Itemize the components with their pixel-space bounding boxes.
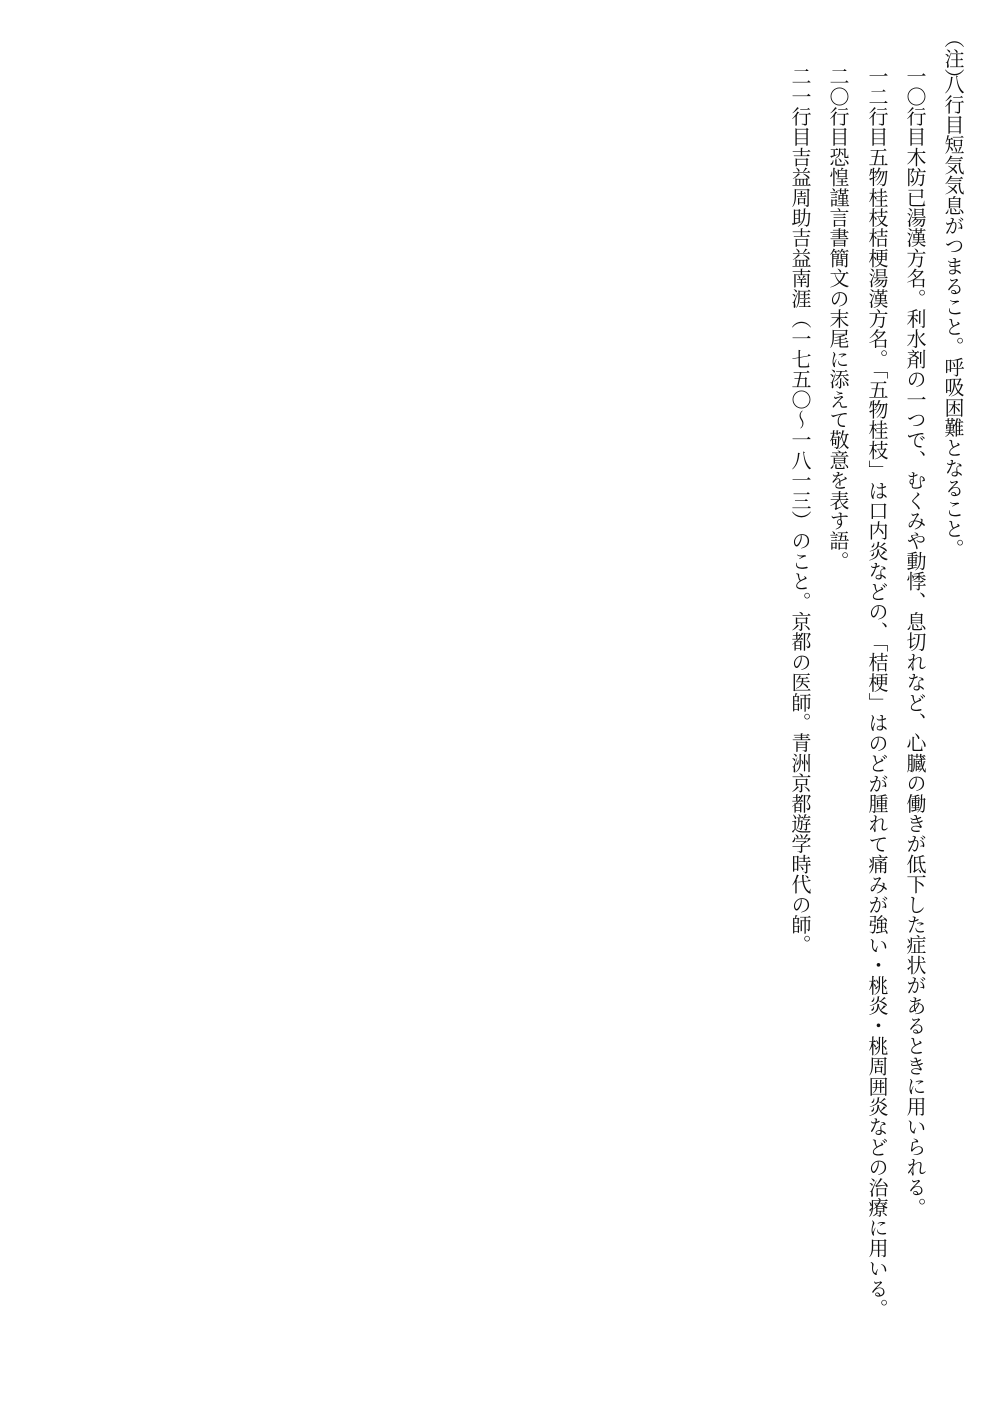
note-explanation: 気息がつまること。呼吸困難となること。 (941, 175, 965, 559)
note-explanation: 吉益南涯（一七五〇〜一八一三）のこと。京都の医師。青洲京都遊学時代の師。 (788, 228, 812, 955)
note-item: 一二行目五物桂枝桔梗湯漢方名。「五物桂枝」は口内炎などの、「桔梗」はのどが腫れて… (865, 66, 889, 1319)
note-item: 二〇行目恐惶謹言書簡文の末尾に添えて敬意を表す語。 (826, 66, 850, 571)
note-line-ref: 二一行目 (788, 66, 812, 147)
note-line-ref: 一二行目 (865, 66, 889, 147)
note-term: 五物桂枝桔梗湯 (865, 147, 889, 288)
note-line-ref: 八行目 (941, 74, 965, 135)
note-explanation: 書簡文の末尾に添えて敬意を表す語。 (826, 228, 850, 571)
annotation-notes: （注） 八行目短気気息がつまること。呼吸困難となること。 一〇行目木防已湯漢方名… (0, 0, 1000, 1412)
note-explanation: 漢方名。「五物桂枝」は口内炎などの、「桔梗」はのどが腫れて痛みが強い・桃炎・桃周… (865, 288, 889, 1318)
note-item: 八行目短気気息がつまること。呼吸困難となること。 (941, 74, 965, 559)
note-line-ref: 二〇行目 (826, 66, 850, 147)
note-term: 恐惶謹言 (826, 147, 850, 228)
note-item: 一〇行目木防已湯漢方名。利水剤の一つで、むくみや動悸、息切れなど、心臓の働きが低… (903, 66, 927, 1217)
note-term: 木防已湯 (903, 147, 927, 228)
note-line-ref: 一〇行目 (903, 66, 927, 147)
note-explanation: 漢方名。利水剤の一つで、むくみや動悸、息切れなど、心臓の働きが低下した症状がある… (903, 228, 927, 1218)
note-term: 短気 (941, 135, 965, 175)
note-item: 二一行目吉益周助吉益南涯（一七五〇〜一八一三）のこと。京都の医師。青洲京都遊学時… (788, 66, 812, 955)
note-term: 吉益周助 (788, 147, 812, 228)
